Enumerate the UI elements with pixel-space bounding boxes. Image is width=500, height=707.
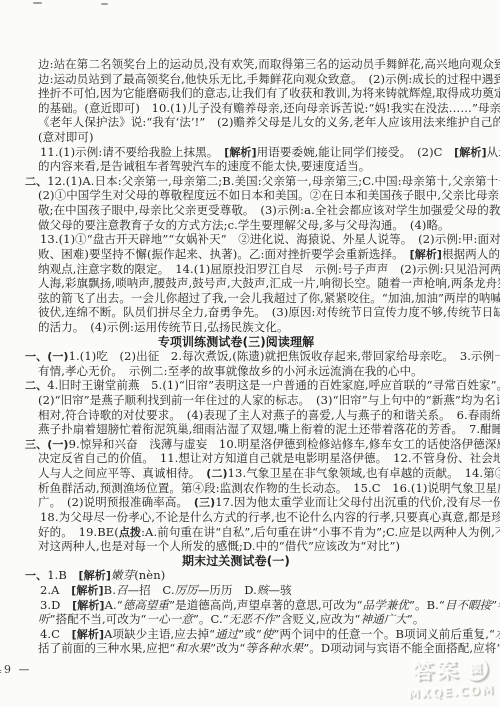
text-span: A.“ <box>105 598 123 612</box>
text-span: (2)①中国学生对父母的尊敬程度远不如日本和美国。②在日本和美国孩子眼中,父亲比… <box>38 188 500 202</box>
text-span: 析鱼群活动,预测渔场位置。第④段:监测农作物的生长动态。 15.C 16.(1)… <box>38 481 500 495</box>
text-line: 括了前面的三种水果,应把“和水果”改为“等各种水果”。D项动词与宾语不能全面搭配… <box>25 641 433 656</box>
quoted-term: 无恶不作 <box>229 612 275 626</box>
watermark-circle-logo: 圈 <box>463 656 488 681</box>
emphasis-text: 二、 <box>25 175 47 188</box>
quoted-term: 德高望重 <box>123 598 169 612</box>
section-header: 期末过关测试卷(一) <box>25 554 433 569</box>
text-line: 二、4.旧时王谢堂前燕 5.(1)“旧帘”表明这是一户普通的百姓家庭,呼应首联的… <box>25 378 433 393</box>
text-span: 13.(1)①“盘古开天辟地”“女娲补天” ②进化说、海猿说、外星人说等。 (2… <box>40 232 500 246</box>
text-span: 对这两种人,也是对每一个人所发的感慨;D.中的“借代”应该改为“对比”) <box>38 539 400 553</box>
quoted-term: 赅 <box>257 583 269 597</box>
text-span: ”。B.“ <box>409 598 445 612</box>
watermark-brand-text: 答案 <box>412 657 461 683</box>
text-span: 彼伏,连绵不断。队员们拼尽全力,奋勇争先。 (3)原因:对传统节日宣传力度不够,… <box>38 305 500 319</box>
text-line: 4.C [解析]A项缺少主语,应去掉“通过”或“使”两个词中的任意一个。B项词义… <box>25 627 433 642</box>
text-span: ”是道德高尚,声望卓著的意思,可改为“ <box>169 598 362 612</box>
text-span: 决定反省自己的价值。 11.想让对方知道自己就是电影明星洛伊德。 12.不管身份… <box>38 451 500 465</box>
text-line: 析鱼群活动,预测渔场位置。第④段:监测农作物的生长动态。 15.C 16.(1)… <box>25 481 433 496</box>
text-span: B. <box>104 583 116 597</box>
text-span: 1.(1)吃 (2)出征 2.每次煮饭,(陈遗)就把焦饭收存起来,带回家给母亲吃… <box>69 349 500 363</box>
text-span: 边:运动员站到了最高领奖台,他快乐无比,手舞鲜花向观众致意。 (2)示例:成长的… <box>38 72 500 86</box>
text-span: ”改为“ <box>210 641 245 655</box>
text-span: 有情,孝心无价。 示例二:至孝的故事就像故乡的小河永远流淌在我的心中。 <box>38 364 423 378</box>
text-line: 有情,孝心无价。 示例二:至孝的故事就像故乡的小河永远流淌在我的心中。 <box>25 364 433 379</box>
text-span: 根据两人的话语来归 <box>442 247 500 261</box>
quoted-term: 使 <box>262 627 274 641</box>
text-line: 一、(一)1.(1)吃 (2)出征 2.每次煮饭,(陈遗)就把焦饭收存起来,带回… <box>25 349 433 364</box>
text-line: 3.D [解析]A.“德高望重”是道德高尚,声望卓著的意思,可改为“品学兼优”。… <box>25 598 433 613</box>
emphasis-text: 一、 <box>25 569 47 582</box>
text-line: 二、12.(1)A.日本:父亲第一,母亲第二;B.美国:父亲第一,母亲第三;C.… <box>25 174 433 189</box>
quoted-term: 和水果 <box>175 641 210 655</box>
text-span: 17.因为他太重学业而让父母付出沉重的代价,没有尽一份孝心。 <box>215 495 500 509</box>
text-span: 4.旧时王谢堂前燕 5.(1)“旧帘”表明这是一户普通的百姓家庭,呼应首联的“寻… <box>47 378 500 392</box>
text-span: 人海,彩旗飘扬,唢呐声,腰鼓声,鼓号声,大鼓声,汇成一片,响彻长空。随着一声枪响… <box>38 276 500 290</box>
text-span: 9.惊异和兴奋 浅薄与虚妄 10.明星洛伊德到检修站修车,修车女工的话使洛伊德深… <box>69 437 500 451</box>
text-span: 敬;在中国孩子眼中,母亲比父亲更受尊敬。 (3)示例:a.全社会都应该对学生加强… <box>38 203 500 217</box>
text-span: 纳观点,注意字数的限定。 14.(1)屈原投汨罗江自尽 示例:号子声声 (2)示… <box>38 262 500 276</box>
quoted-term: 厉厉 <box>175 583 198 597</box>
text-line: 11.(1)示例:请不要给我脸上抹黑。 [解析]用语要委婉,能让同学们接受。 (… <box>25 145 433 160</box>
text-span: —招 C. <box>128 583 175 597</box>
text-line: 人与人之间应平等、真诚相待。 (二)13.气象卫星在非气象领域,也有卓越的贡献。… <box>25 466 433 481</box>
emphasis-text: 点拨 <box>119 526 141 539</box>
text-span: 败、困难)要坚持不懈(振作起来、执著)。乙:面对挫折要学会重新选择。 <box>38 247 410 261</box>
emphasis-text: (三) <box>194 496 215 509</box>
text-line: 三、(一)9.惊异和兴奋 浅薄与虚妄 10.明星洛伊德到检修站修车,修车女工的话… <box>25 437 433 452</box>
quoted-term: 召 <box>116 583 128 597</box>
text-line: 《老年人保护法》说:“我有‘法’!” (2)赡养父母是儿女的义务,老年人应该用法… <box>25 115 433 130</box>
text-span: 从录音 <box>487 145 500 159</box>
quoted-term: 等各种水果 <box>245 641 303 655</box>
text-span: :A.前句重在讲“自私”,后句重在讲“小事不肯为”;C.应是以两种人为例,不仅是 <box>141 525 500 539</box>
text-span: ”搭配不当,可改为“ <box>50 612 147 626</box>
text-span: 11.(1)示例:请不要给我脸上抹黑。 <box>40 145 224 159</box>
text-line: 对这两种人,也是对每一个人所发的感慨;D.中的“借代”应该改为“对比”) <box>25 539 433 554</box>
text-line: 彼伏,连绵不断。队员们拼尽全力,奋勇争先。 (3)原因:对传统节日宣传力度不够,… <box>25 305 433 320</box>
text-line: 的活力。 (4)示例:运用传统节日,弘扬民族文化。 <box>25 320 433 335</box>
emphasis-text: [解析] <box>79 569 111 582</box>
text-line: 挫折不可怕,因为它能磨砺我们的意志,让我们有了收获和教训,为将来铸就辉煌,取得成… <box>25 86 433 101</box>
text-span: 4.C <box>40 627 72 641</box>
emphasis-text: (二) <box>206 467 227 480</box>
text-line: 的内容来看,是告诫租车者驾驶汽车的速度不能太快,要速度适当。 <box>25 159 433 174</box>
text-line: 13.(1)①“盘古开天辟地”“女娲补天” ②进化说、海猿说、外星人说等。 (2… <box>25 232 433 247</box>
text-span: A项缺少主语,应去掉“ <box>104 627 215 641</box>
text-span: 边:站在第二名领奖台上的运动员,没有欢笑,而取得第三名的运动员手舞鲜花,高兴地向… <box>38 57 500 71</box>
emphasis-text: [解析] <box>454 146 486 159</box>
emphasis-text: [解析] <box>224 146 256 159</box>
text-span: —骇 <box>269 583 292 597</box>
text-span: ”或“ <box>238 627 262 641</box>
text-span: 好的。 19.BE( <box>38 525 119 539</box>
text-line: 相对,符合诗歌的对仗要求。 (4)表现了主人对燕子的喜爱,人与燕子的和谐关系。 … <box>25 408 433 423</box>
text-span: 的基础。(意近即可) 10.(1)儿子没有赡养母亲,还向母亲诉苦说:“妈!我实在… <box>38 101 500 115</box>
text-line: 败、困难)要坚持不懈(振作起来、执著)。乙:面对挫折要学会重新选择。 [解析]根… <box>25 247 433 262</box>
text-line: 做父母的要注意教育子女的方式方法;c.学生要理解父母,多与父母沟通。 (4)略。 <box>25 218 433 233</box>
answer-text-block: 边:站在第二名领奖台上的运动员,没有欢笑,而取得第三名的运动员手舞鲜花,高兴地向… <box>25 57 433 656</box>
text-span: 18.为父母尽一份孝心,不论是什么方式的行孝,也不论什么内容的行孝,只要真心真意… <box>40 510 500 524</box>
text-line: 敬;在中国孩子眼中,母亲比父亲更受尊敬。 (3)示例:a.全社会都应该对学生加强… <box>25 203 433 218</box>
text-span: ”与“ <box>491 598 500 612</box>
emphasis-text: 二、 <box>25 379 47 392</box>
emphasis-text: [解析] <box>410 248 442 261</box>
text-line: 好的。 19.BE(点拨:A.前句重在讲“自私”,后句重在讲“小事不肯为”;C.… <box>25 525 433 540</box>
text-span: ”两个词中的任意一个。B项词义前后重复,“ <box>273 627 494 641</box>
text-line: (意对即可) <box>25 130 433 145</box>
text-span: (nèn) <box>134 568 165 582</box>
text-span: (意对即可) <box>38 130 94 144</box>
scan-artifact <box>101 3 108 5</box>
text-span: 广。 (2)说明预报准确率高。 <box>38 495 194 509</box>
text-span: 《老年人保护法》说:“我有‘法’!” (2)赡养父母是儿女的义务,老年人应该用法… <box>38 115 500 129</box>
text-line: 一、1.B [解析]嫩芽(nèn) <box>25 568 433 583</box>
emphasis-text: [解析] <box>72 599 104 612</box>
text-span: ”含贬义,应改为“ <box>275 612 360 626</box>
quoted-term: 神通广大 <box>360 612 406 626</box>
quoted-term: 通过 <box>215 627 238 641</box>
text-line: 边:运动员站到了最高领奖台,他快乐无比,手舞鲜花向观众致意。 (2)示例:成长的… <box>25 72 433 87</box>
section-header: 专项训练测试卷(三)阅读理解 <box>25 335 433 350</box>
text-line: 的基础。(意近即可) 10.(1)儿子没有赡养母亲,还向母亲诉苦说:“妈!我实在… <box>25 101 433 116</box>
scanned-answer-page: 边:站在第二名领奖台上的运动员,没有欢笑,而取得第三名的运动员手舞鲜花,高兴地向… <box>0 0 500 707</box>
text-span: (2)“旧帘”是燕子顺利找到前一年住过的人家的标志。 (3)“旧帘”与上句中的“… <box>38 393 500 407</box>
quoted-term: 一心一意 <box>147 612 193 626</box>
emphasis-text: [解析] <box>72 628 104 641</box>
text-line: 听”搭配不当,可改为“一心一意”。C.“无恶不作”含贬义,应改为“神通广大”。 <box>25 612 433 627</box>
scan-artifact <box>33 2 42 4</box>
text-span: 燕子扑扇着翅膀忙着衔泥筑巢,细雨沾湿了双翅,嘴上衔着的泥土还带着落花的芳香。 7… <box>38 422 500 436</box>
emphasis-text: 一、 <box>25 350 47 363</box>
text-line: 弦的箭飞了出去。一会儿你超过了我,一会儿我超过了你,紧紧咬住。“加油,加油”两岸… <box>25 291 433 306</box>
text-span: ”。 <box>407 612 425 626</box>
text-span: 的活力。 (4)示例:运用传统节日,弘扬民族文化。 <box>38 320 289 334</box>
text-span: 2.A <box>40 583 71 597</box>
text-line: 18.为父母尽一份孝心,不论是什么方式的行孝,也不论什么内容的行孝,只要真心真意… <box>25 510 433 525</box>
text-span: 12.(1)A.日本:父亲第一,母亲第二;B.美国:父亲第一,母亲第三;C.中国… <box>47 174 500 188</box>
text-line: (2)“旧帘”是燕子顺利找到前一年住过的人家的标志。 (3)“旧帘”与上句中的“… <box>25 393 433 408</box>
emphasis-text: (一) <box>47 350 68 363</box>
text-span: 用语要委婉,能让同学们接受。 (2)C <box>257 145 455 159</box>
text-span: 1.B <box>47 568 78 582</box>
text-line: 2.A [解析]B.召—招 C.厉厉—历历 D.赅—骇 <box>25 583 433 598</box>
text-span: 13.气象卫星在非气象领域,也有卓越的贡献。 14.第③段:分 <box>228 466 500 480</box>
text-span: ”。C.“ <box>193 612 229 626</box>
watermark: 答案圈 MXQE.COM <box>406 652 495 701</box>
text-span: —历历 D. <box>198 583 257 597</box>
text-line: 边:站在第二名领奖台上的运动员,没有欢笑,而取得第三名的运动员手舞鲜花,高兴地向… <box>25 57 433 72</box>
text-line: 纳观点,注意字数的限定。 14.(1)屈原投汨罗江自尽 示例:号子声声 (2)示… <box>25 262 433 277</box>
text-span: 弦的箭飞了出去。一会儿你超过了我,一会儿我超过了你,紧紧咬住。“加油,加油”两岸… <box>38 291 500 305</box>
emphasis-text: 三、 <box>25 438 47 451</box>
quoted-term: 品学兼优 <box>363 598 409 612</box>
text-span: 人与人之间应平等、真诚相待。 <box>38 466 206 480</box>
quoted-term: 听 <box>38 612 50 626</box>
text-span: 做父母的要注意教育子女的方式方法;c.学生要理解父母,多与父母沟通。 (4)略。 <box>38 218 450 232</box>
quoted-term: 水果 <box>495 627 500 641</box>
text-span: 挫折不可怕,因为它能磨砺我们的意志,让我们有了收获和教训,为将来铸就辉煌,取得成… <box>38 86 500 100</box>
page-number: 49 — <box>0 663 32 676</box>
text-span: 3.D <box>40 598 72 612</box>
text-line: 人海,彩旗飘扬,唢呐声,腰鼓声,鼓号声,大鼓声,汇成一片,响彻长空。随着一声枪响… <box>25 276 433 291</box>
text-span: 的内容来看,是告诫租车者驾驶汽车的速度不能太快,要速度适当。 <box>38 159 370 173</box>
text-line: 燕子扑扇着翅膀忙着衔泥筑巢,细雨沾湿了双翅,嘴上衔着的泥土还带着落花的芳香。 7… <box>25 422 433 437</box>
text-line: 广。 (2)说明预报准确率高。 (三)17.因为他太重学业而让父母付出沉重的代价… <box>25 495 433 510</box>
text-span: 相对,符合诗歌的对仗要求。 (4)表现了主人对燕子的喜爱,人与燕子的和谐关系。 … <box>38 408 500 422</box>
text-line: 决定反省自己的价值。 11.想让对方知道自己就是电影明星洛伊德。 12.不管身份… <box>25 451 433 466</box>
text-span: 括了前面的三种水果,应把“ <box>38 641 175 655</box>
quoted-term: 嫩芽 <box>111 568 134 582</box>
emphasis-text: (一) <box>47 438 68 451</box>
quoted-term: 目不暇接 <box>445 598 491 612</box>
text-line: (2)①中国学生对父母的尊敬程度远不如日本和美国。②在日本和美国孩子眼中,父亲比… <box>25 188 433 203</box>
emphasis-text: [解析] <box>71 584 103 597</box>
watermark-brand: 答案圈 <box>406 652 495 687</box>
